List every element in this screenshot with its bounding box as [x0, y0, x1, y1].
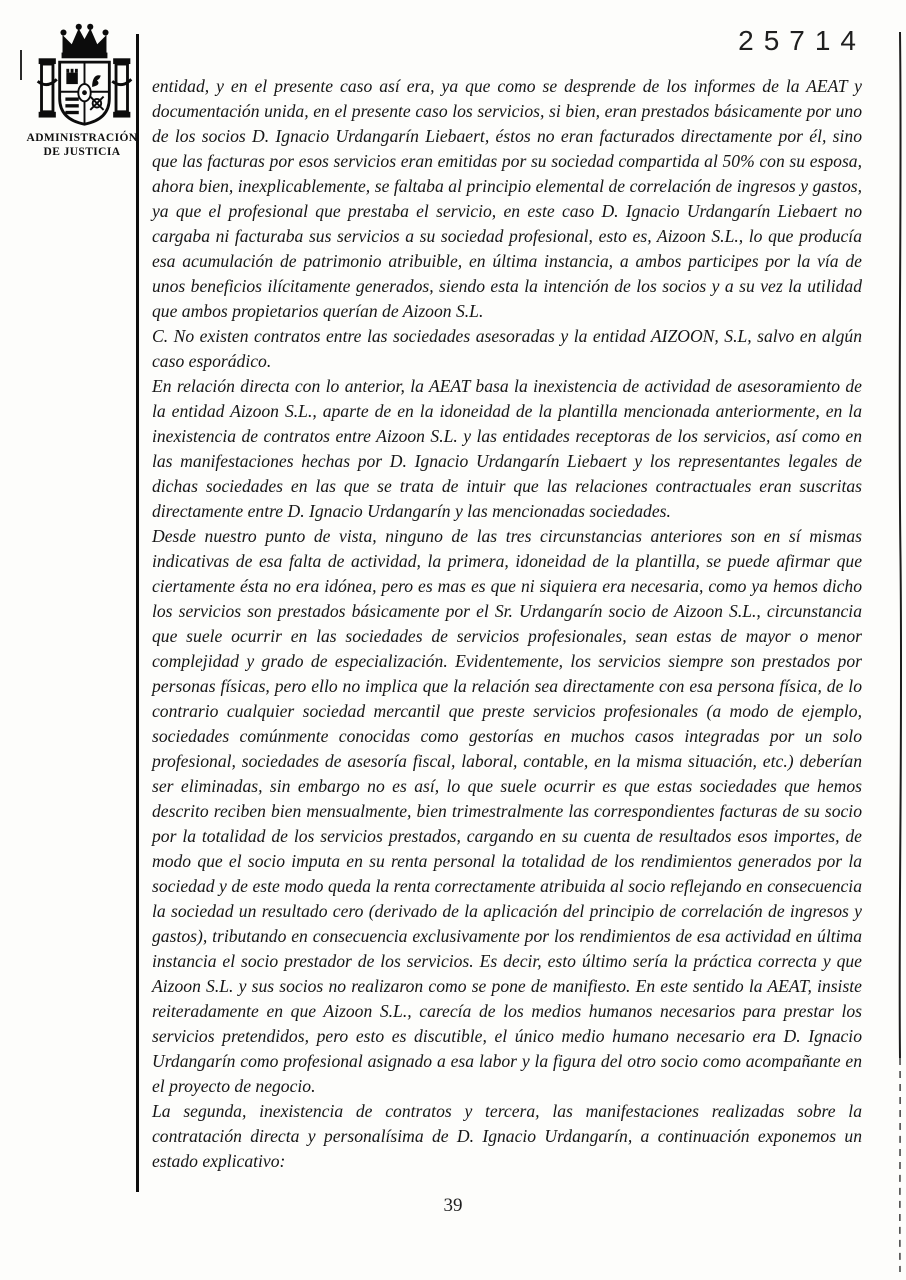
paragraph: C. No existen contratos entre las socied…: [152, 324, 862, 374]
coat-of-arms-icon: [33, 22, 136, 129]
document-page: ADMINISTRACIÓN DE JUSTICIA 25714 entidad…: [0, 0, 906, 1280]
document-body: entidad, y en el presente caso así era, …: [152, 74, 862, 1174]
scan-artifact-left: [20, 50, 22, 80]
paragraph: entidad, y en el presente caso así era, …: [152, 74, 862, 324]
paragraph: La segunda, inexistencia de contratos y …: [152, 1099, 862, 1174]
institution-line2: DE JUSTICIA: [14, 145, 150, 159]
institution-line1: ADMINISTRACIÓN: [14, 131, 150, 145]
document-number: 25714: [738, 25, 866, 57]
page-number: 39: [0, 1195, 906, 1217]
paragraph: En relación directa con lo anterior, la …: [152, 374, 862, 524]
paragraph: Desde nuestro punto de vista, ninguno de…: [152, 524, 862, 1099]
institution-label: ADMINISTRACIÓN DE JUSTICIA: [14, 131, 150, 159]
scan-artifact-right: [895, 28, 905, 1276]
margin-divider: [136, 34, 139, 1192]
